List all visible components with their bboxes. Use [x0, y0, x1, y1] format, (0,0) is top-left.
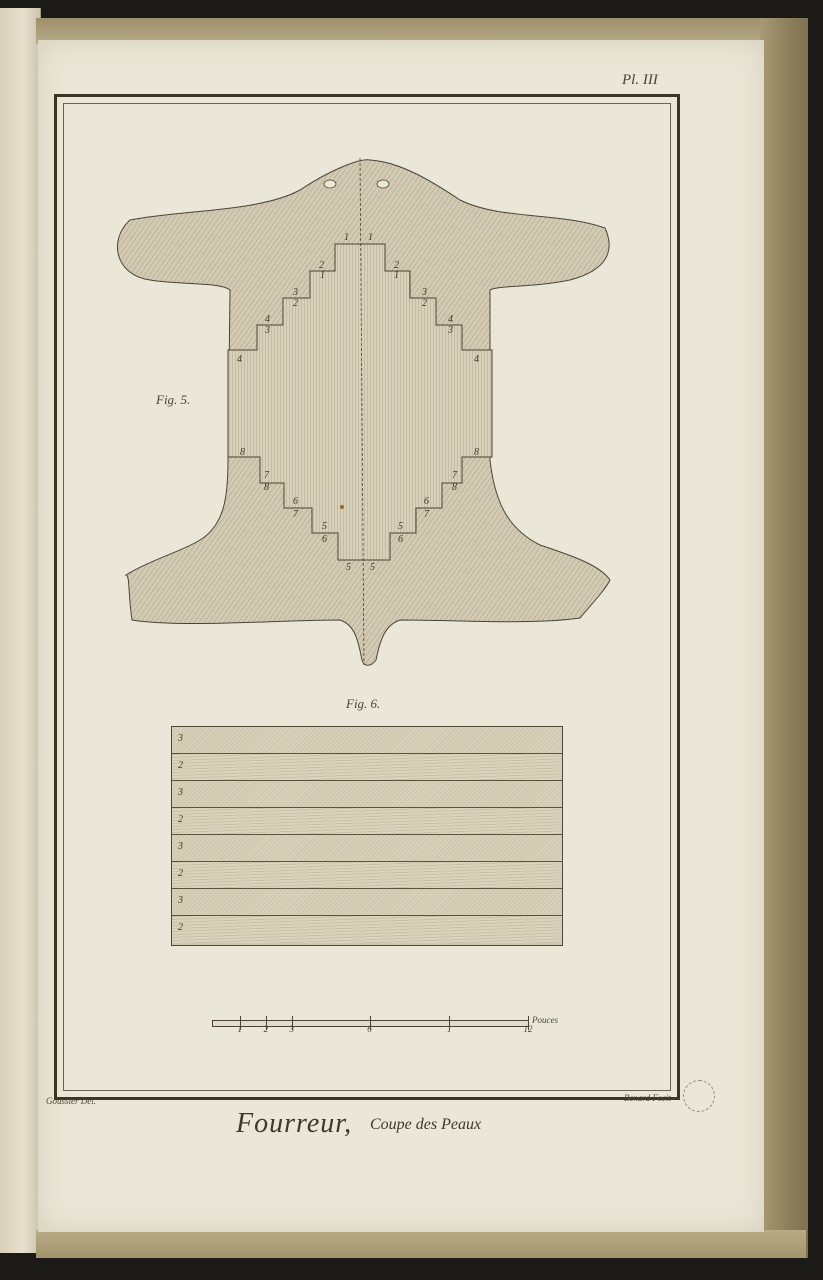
strip-label: 2 [178, 814, 183, 825]
tick-label: 2 [264, 1024, 269, 1034]
svg-text:4: 4 [448, 314, 453, 325]
svg-text:5: 5 [398, 521, 403, 532]
svg-text:8: 8 [452, 482, 457, 493]
svg-text:1: 1 [368, 232, 373, 243]
scale-tick: 12 [528, 1016, 529, 1030]
strip-label: 3 [178, 787, 183, 798]
svg-text:4: 4 [265, 314, 270, 325]
fur-strip: 2 [172, 916, 562, 943]
svg-text:6: 6 [322, 534, 327, 545]
scale-tick: 1 [449, 1016, 450, 1030]
svg-text:3: 3 [447, 325, 453, 336]
fur-strip: 2 [172, 754, 562, 781]
fig6-label: Fig. 6. [346, 696, 380, 712]
svg-text:3: 3 [264, 325, 270, 336]
plate-subtitle: Coupe des Peaux [370, 1116, 481, 1134]
svg-text:5: 5 [322, 521, 327, 532]
fur-strip: 2 [172, 862, 562, 889]
engraver-credit: Benard Fecit [624, 1093, 671, 1103]
scale-bar: 1 2 3 6 1 12 [212, 1020, 529, 1027]
tick-label: 6 [367, 1024, 372, 1034]
fig5-pelt-illustration: 11 21 21 32 32 43 43 44 88 78 78 67 67 5… [100, 150, 620, 670]
fig6-strips-illustration: 3 2 3 2 3 2 3 2 [171, 726, 563, 946]
svg-text:8: 8 [474, 447, 479, 458]
tick-label: 3 [290, 1024, 295, 1034]
tick-label: 1 [447, 1024, 452, 1034]
svg-text:6: 6 [293, 496, 298, 507]
draftsman-credit: Goussier Del. [46, 1096, 96, 1106]
scale-unit: Pouces [532, 1015, 558, 1025]
svg-text:8: 8 [240, 447, 245, 458]
svg-text:1: 1 [394, 270, 399, 281]
svg-text:1: 1 [320, 270, 325, 281]
svg-text:2: 2 [422, 298, 427, 309]
fur-strip: 3 [172, 727, 562, 754]
svg-text:1: 1 [344, 232, 349, 243]
left-page-edge [0, 8, 41, 1253]
svg-text:8: 8 [264, 482, 269, 493]
scale-tick: 3 [292, 1016, 293, 1030]
binding-stub-bottom [36, 1230, 806, 1258]
scale-tick: 6 [370, 1016, 371, 1030]
svg-text:6: 6 [424, 496, 429, 507]
binding-stub-right [760, 18, 808, 1258]
strip-label: 3 [178, 733, 183, 744]
fur-strip: 3 [172, 889, 562, 916]
svg-text:5: 5 [346, 562, 351, 573]
tick-label: 12 [524, 1024, 533, 1034]
scale-tick: 1 [240, 1016, 241, 1030]
strip-label: 2 [178, 922, 183, 933]
svg-text:3: 3 [421, 287, 427, 298]
strip-label: 3 [178, 895, 183, 906]
plate-title: Fourreur, [236, 1108, 352, 1140]
fur-strip: 3 [172, 781, 562, 808]
svg-text:4: 4 [237, 354, 242, 365]
tick-label: 1 [238, 1024, 243, 1034]
svg-text:5: 5 [370, 562, 375, 573]
strip-label: 2 [178, 760, 183, 771]
svg-text:6: 6 [398, 534, 403, 545]
strip-label: 2 [178, 868, 183, 879]
plate-number: Pl. III [622, 72, 658, 89]
svg-text:3: 3 [292, 287, 298, 298]
fur-strip: 3 [172, 835, 562, 862]
strip-label: 3 [178, 841, 183, 852]
scale-tick: 2 [266, 1016, 267, 1030]
library-stamp-icon [683, 1080, 715, 1112]
svg-text:2: 2 [293, 298, 298, 309]
fur-strip: 2 [172, 808, 562, 835]
svg-text:4: 4 [474, 354, 479, 365]
